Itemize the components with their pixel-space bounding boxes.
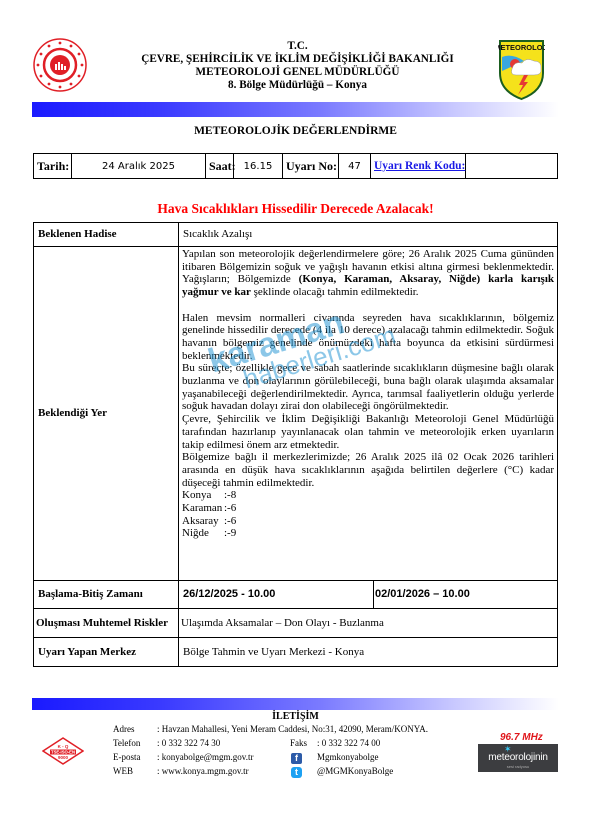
email-value[interactable]: : konyabolge@mgm.gov.tr bbox=[157, 751, 253, 765]
temp-item-konya: Konya:-8 bbox=[182, 489, 554, 502]
twitter-handle[interactable]: @MGMKonyaBolge bbox=[317, 766, 393, 776]
temp-item-karaman: Karaman:-6 bbox=[182, 502, 554, 515]
alert-title: Hava Sıcaklıkları Hissedilir Derecede Az… bbox=[0, 201, 591, 217]
paragraph-min-temps: Bölgemize bağlı il merkezlerimizde; 26 A… bbox=[182, 451, 554, 489]
header-line-directorate: METEOROLOJİ GENEL MÜDÜRLÜĞÜ bbox=[110, 66, 485, 79]
period-label: Başlama-Bitiş Zamanı bbox=[34, 581, 179, 609]
event-value: Sıcaklık Azalışı bbox=[179, 223, 558, 247]
tse-iso-certificate-logo: K - Q TSE-ISO-EN 9000 bbox=[42, 737, 84, 765]
time-value: 16.15 bbox=[234, 154, 283, 179]
ministry-seal-logo bbox=[33, 38, 87, 92]
email-label: E-posta bbox=[113, 751, 141, 765]
section-title: METEOROLOJİK DEĞERLENDİRME bbox=[0, 125, 591, 137]
web-value[interactable]: : www.konya.mgm.gov.tr bbox=[157, 765, 249, 779]
issuing-center-label: Uyarı Yapan Merkez bbox=[34, 638, 179, 667]
header-line-tc: T.C. bbox=[110, 40, 485, 53]
period-end: 02/01/2026 – 10.00 bbox=[374, 581, 558, 609]
paragraph-forecast: Yapılan son meteorolojik değerlendirmele… bbox=[182, 248, 554, 299]
date-value: 24 Aralık 2025 bbox=[72, 154, 206, 179]
svg-text:METEOROLOJİ: METEOROLOJİ bbox=[498, 43, 545, 52]
facebook-handle[interactable]: Mgmkonyabolge bbox=[317, 752, 379, 762]
address-value: : Havzan Mahallesi, Yeni Meram Caddesi, … bbox=[157, 723, 428, 737]
twitter-icon[interactable]: t bbox=[291, 767, 302, 778]
header-line-ministry: ÇEVRE, ŞEHİRCİLİK VE İKLİM DEĞİŞİKLİĞİ B… bbox=[110, 53, 485, 66]
warning-color-code-link[interactable]: Uyarı Renk Kodu: bbox=[374, 160, 465, 172]
location-label: Beklendiği Yer bbox=[34, 247, 179, 581]
period-start: 26/12/2025 - 10.00 bbox=[179, 581, 374, 609]
contact-title: İLETİŞİM bbox=[0, 711, 591, 722]
meteoroloji-shield-logo: METEOROLOJİ bbox=[498, 39, 545, 101]
event-label: Beklenen Hadise bbox=[34, 223, 179, 247]
location-description: Yapılan son meteorolojik değerlendirmele… bbox=[179, 247, 558, 581]
svg-text:9000: 9000 bbox=[58, 755, 69, 760]
risks-label: Oluşması Muhtemel Riskler bbox=[34, 609, 179, 638]
paragraph-temperature-drop: Halen mevsim normalleri civarında seyred… bbox=[182, 312, 554, 363]
address-label: Adres bbox=[113, 723, 135, 737]
paragraph-frost-risk: Bu süreçte; özellikle gece ve sabah saat… bbox=[182, 362, 554, 413]
header-line-region: 8. Bölge Müdürlüğü – Konya bbox=[110, 79, 485, 92]
warning-details-table: Beklenen Hadise Sıcaklık Azalışı Beklend… bbox=[33, 222, 558, 667]
header-title-block: T.C. ÇEVRE, ŞEHİRCİLİK VE İKLİM DEĞİŞİKL… bbox=[110, 40, 485, 92]
web-label: WEB bbox=[113, 765, 133, 779]
phone-label: Telefon bbox=[113, 737, 140, 751]
facebook-icon[interactable]: f bbox=[291, 753, 302, 764]
warning-no-value: 47 bbox=[339, 154, 371, 179]
date-label: Tarih: bbox=[34, 154, 72, 179]
fax-label: Faks bbox=[290, 737, 307, 751]
warning-no-label: Uyarı No: bbox=[283, 154, 339, 179]
temp-item-nigde: Niğde:-9 bbox=[182, 527, 554, 540]
phone-value[interactable]: : 0 332 322 74 30 bbox=[157, 737, 220, 751]
radio-frequency: 96.7 MHz bbox=[500, 732, 543, 743]
min-temperature-list: Konya:-8 Karaman:-6 Aksaray:-6 Niğde:-9 bbox=[182, 489, 554, 540]
fax-value: : 0 332 322 74 00 bbox=[317, 737, 380, 751]
footer-gradient-bar bbox=[32, 698, 559, 710]
header-gradient-bar bbox=[32, 102, 559, 117]
issuing-center-value: Bölge Tahmin ve Uyarı Merkezi - Konya bbox=[179, 638, 558, 667]
time-label: Saat: bbox=[206, 154, 234, 179]
warning-color-code-value bbox=[466, 154, 558, 179]
risks-value: Ulaşımda Aksamalar – Don Olayı - Buzlanm… bbox=[179, 609, 558, 638]
temp-item-aksaray: Aksaray:-6 bbox=[182, 515, 554, 528]
info-table: Tarih: 24 Aralık 2025 Saat: 16.15 Uyarı … bbox=[33, 153, 558, 179]
svg-text:TSE-ISO-EN: TSE-ISO-EN bbox=[51, 750, 75, 755]
svg-text:K - Q: K - Q bbox=[58, 744, 69, 749]
paragraph-follow-warnings: Çevre, Şehircilik ve İklim Değişikliği B… bbox=[182, 413, 554, 451]
radio-logo: ✶ meteorolojinin sesi radyosu bbox=[478, 744, 558, 772]
